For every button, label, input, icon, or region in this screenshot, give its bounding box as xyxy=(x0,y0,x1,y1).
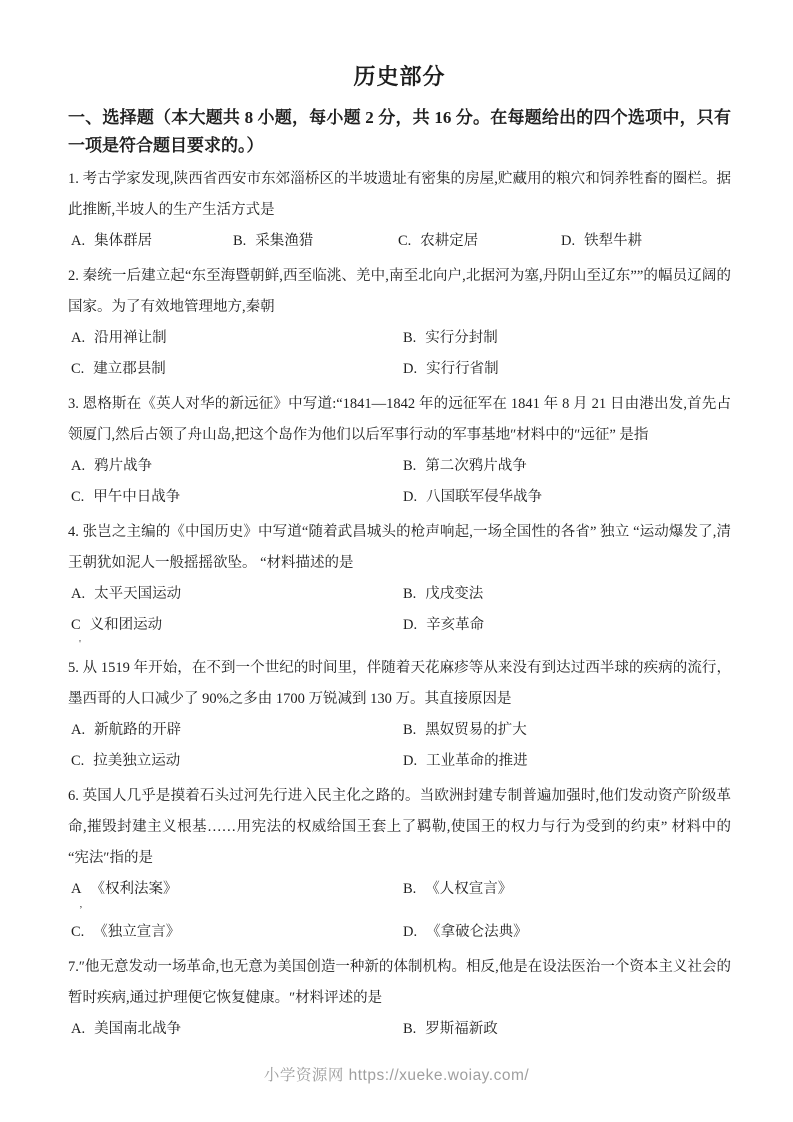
question-5: 5. 从 1519 年开始，在不到一个世纪的时间里，伴随着天花麻疹等从来没有到达… xyxy=(68,653,731,777)
option-text: 罗斯福新政 xyxy=(425,1021,498,1037)
question-text: 3. 恩格斯在《英人对华的新远征》中写道:“1841—1842 年的远征军在 1… xyxy=(68,389,731,451)
option-label: B. xyxy=(403,330,416,346)
question-text: 2. 秦统一后建立起“东至海暨朝鲜,西至临洮、羌中,南至北向户,北据河为塞,丹阴… xyxy=(68,261,731,323)
option-label: A. xyxy=(71,1021,85,1037)
option-b: B.《人权宣言》 xyxy=(403,874,731,905)
option-label: D. xyxy=(561,233,575,249)
option-label: B. xyxy=(403,722,416,738)
option-c: C义和团运动 xyxy=(71,610,403,641)
option-a: A.沿用禅让制 xyxy=(71,323,403,354)
option-text: 《权利法案》 xyxy=(90,881,177,897)
question-6: 6. 英国人几乎是摸着石头过河先行进入民主化之路的。当欧洲封建专制普遍加强时,他… xyxy=(68,781,731,948)
option-text: 沿用禅让制 xyxy=(94,330,167,346)
options-row: A.新航路的开辟 B.黑奴贸易的扩大 C.拉美独立运动 D.工业革命的推进 xyxy=(68,715,731,777)
question-7: 7.″他无意发动一场革命,也无意为美国创造一种新的体制机构。相反,他是在设法医治… xyxy=(68,952,731,1045)
option-label: A. xyxy=(71,722,85,738)
option-label: D. xyxy=(403,924,417,940)
option-d: D.实行行省制 xyxy=(403,354,731,385)
option-label: C. xyxy=(398,233,411,249)
question-2: 2. 秦统一后建立起“东至海暨朝鲜,西至临洮、羌中,南至北向户,北据河为塞,丹阴… xyxy=(68,261,731,385)
option-a: A.美国南北战争 xyxy=(71,1014,403,1045)
option-text: 戊戌变法 xyxy=(425,586,483,602)
scan-artifact-mark: ’ xyxy=(68,905,731,917)
option-a: A.太平天国运动 xyxy=(71,579,403,610)
option-label: D. xyxy=(403,361,417,377)
option-text: 采集渔猎 xyxy=(255,233,313,249)
option-text: 《人权宣言》 xyxy=(425,881,512,897)
option-text: 拉美独立运动 xyxy=(93,753,180,769)
option-label: A. xyxy=(71,586,85,602)
option-label: C. xyxy=(71,489,84,505)
option-label: B. xyxy=(233,233,246,249)
option-text: 八国联军侵华战争 xyxy=(426,489,542,505)
option-label: C xyxy=(71,617,81,633)
option-label: D. xyxy=(403,753,417,769)
option-text: 农耕定居 xyxy=(420,233,478,249)
section-heading: 一、选择题（本大题共 8 小题，每小题 2 分，共 16 分。在每题给出的四个选… xyxy=(68,104,731,160)
option-label: C. xyxy=(71,753,84,769)
option-label: B. xyxy=(403,586,416,602)
option-b: B.黑奴贸易的扩大 xyxy=(403,715,731,746)
option-text: 实行分封制 xyxy=(425,330,498,346)
option-a: A.鸦片战争 xyxy=(71,451,403,482)
option-d: D.工业革命的推进 xyxy=(403,746,731,777)
question-text: 5. 从 1519 年开始，在不到一个世纪的时间里，伴随着天花麻疹等从来没有到达… xyxy=(68,653,731,715)
option-c: C.农耕定居 xyxy=(398,226,561,257)
option-d: D.八国联军侵华战争 xyxy=(403,482,731,513)
option-d: D.《拿破仑法典》 xyxy=(403,917,731,948)
option-text: 黑奴贸易的扩大 xyxy=(425,722,527,738)
option-b: B.戊戌变法 xyxy=(403,579,731,610)
option-text: 新航路的开辟 xyxy=(94,722,181,738)
option-text: 甲午中日战争 xyxy=(93,489,180,505)
option-text: 铁犁牛耕 xyxy=(584,233,642,249)
option-text: 《独立宣言》 xyxy=(93,924,180,940)
option-label: A xyxy=(71,881,81,897)
option-b: B.第二次鸦片战争 xyxy=(403,451,731,482)
option-b: B.罗斯福新政 xyxy=(403,1014,731,1045)
question-1: 1. 考古学家发现,陕西省西安市东郊淄桥区的半坡遗址有密集的房屋,贮藏用的粮穴和… xyxy=(68,164,731,257)
option-text: 集体群居 xyxy=(94,233,152,249)
option-label: B. xyxy=(403,881,416,897)
option-a: A.集体群居 xyxy=(71,226,233,257)
option-text: 第二次鸦片战争 xyxy=(425,458,527,474)
question-text: 4. 张岂之主编的《中国历史》中写道“随着武昌城头的枪声响起,一场全国性的各省”… xyxy=(68,517,731,579)
scan-artifact-mark: ' xyxy=(68,641,731,649)
question-3: 3. 恩格斯在《英人对华的新远征》中写道:“1841—1842 年的远征军在 1… xyxy=(68,389,731,513)
option-label: D. xyxy=(403,489,417,505)
option-label: B. xyxy=(403,1021,416,1037)
question-text: 6. 英国人几乎是摸着石头过河先行进入民主化之路的。当欧洲封建专制普遍加强时,他… xyxy=(68,781,731,874)
option-text: 鸦片战争 xyxy=(94,458,152,474)
option-text: 太平天国运动 xyxy=(94,586,181,602)
options-row: A《权利法案》 B.《人权宣言》 xyxy=(68,874,731,905)
options-row: A.沿用禅让制 B.实行分封制 C.建立郡县制 D.实行行省制 xyxy=(68,323,731,385)
page-title: 历史部分 xyxy=(68,64,731,90)
options-row: A.太平天国运动 B.戊戌变法 C义和团运动 D.辛亥革命 xyxy=(68,579,731,641)
option-label: B. xyxy=(403,458,416,474)
option-text: 实行行省制 xyxy=(426,361,499,377)
option-label: A. xyxy=(71,458,85,474)
option-c: C.甲午中日战争 xyxy=(71,482,403,513)
options-row: C.《独立宣言》 D.《拿破仑法典》 xyxy=(68,917,731,948)
question-text: 7.″他无意发动一场革命,也无意为美国创造一种新的体制机构。相反,他是在设法医治… xyxy=(68,952,731,1014)
option-label: D. xyxy=(403,617,417,633)
exam-page: 历史部分 一、选择题（本大题共 8 小题，每小题 2 分，共 16 分。在每题给… xyxy=(0,0,793,1122)
option-text: 义和团运动 xyxy=(90,617,163,633)
option-b: B.实行分封制 xyxy=(403,323,731,354)
option-a: A.新航路的开辟 xyxy=(71,715,403,746)
option-label: C. xyxy=(71,924,84,940)
options-row: A.集体群居 B.采集渔猎 C.农耕定居 D.铁犁牛耕 xyxy=(68,226,731,257)
options-row: A.鸦片战争 B.第二次鸦片战争 C.甲午中日战争 D.八国联军侵华战争 xyxy=(68,451,731,513)
option-text: 美国南北战争 xyxy=(94,1021,181,1037)
question-4: 4. 张岂之主编的《中国历史》中写道“随着武昌城头的枪声响起,一场全国性的各省”… xyxy=(68,517,731,649)
option-d: D.辛亥革命 xyxy=(403,610,731,641)
option-b: B.采集渔猎 xyxy=(233,226,398,257)
option-c: C.拉美独立运动 xyxy=(71,746,403,777)
footer-watermark: 小学资源网 https://xueke.woiay.com/ xyxy=(0,1063,793,1085)
option-a: A《权利法案》 xyxy=(71,874,403,905)
option-text: 《拿破仑法典》 xyxy=(426,924,528,940)
option-d: D.铁犁牛耕 xyxy=(561,226,731,257)
option-label: C. xyxy=(71,361,84,377)
option-c: C.《独立宣言》 xyxy=(71,917,403,948)
option-text: 辛亥革命 xyxy=(426,617,484,633)
option-label: A. xyxy=(71,330,85,346)
option-text: 建立郡县制 xyxy=(93,361,166,377)
options-row: A.美国南北战争 B.罗斯福新政 xyxy=(68,1014,731,1045)
option-label: A. xyxy=(71,233,85,249)
option-text: 工业革命的推进 xyxy=(426,753,528,769)
question-text: 1. 考古学家发现,陕西省西安市东郊淄桥区的半坡遗址有密集的房屋,贮藏用的粮穴和… xyxy=(68,164,731,226)
option-c: C.建立郡县制 xyxy=(71,354,403,385)
